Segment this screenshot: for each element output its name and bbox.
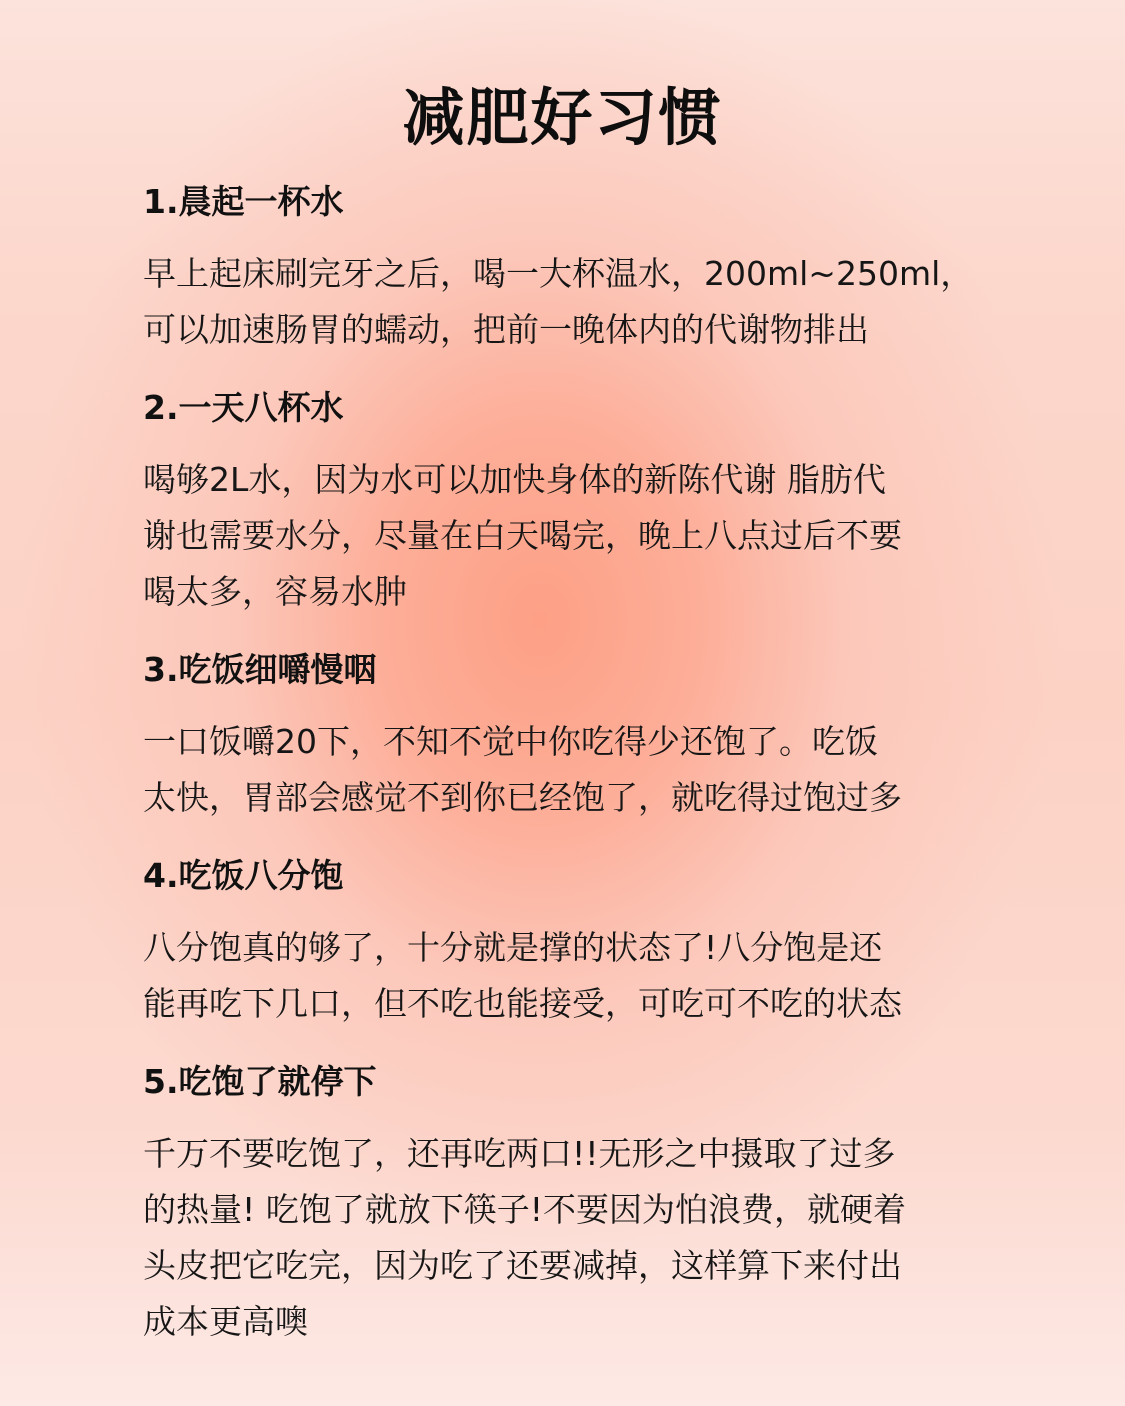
tip-body-line: 成本更高噢: [143, 1294, 1043, 1350]
tip-body-line: 喝太多，容易水肿: [143, 564, 1043, 620]
tip-section-5: 5.吃饱了就停下 千万不要吃饱了，还再吃两口!!无形之中摄取了过多 的热量! 吃…: [143, 1060, 1043, 1350]
tip-section-1: 1.晨起一杯水 早上起床刷完牙之后，喝一大杯温水，200ml~250ml， 可以…: [143, 180, 1043, 358]
tip-body: 早上起床刷完牙之后，喝一大杯温水，200ml~250ml， 可以加速肠胃的蠕动，…: [143, 246, 1043, 358]
tip-body: 八分饱真的够了，十分就是撑的状态了!八分饱是还 能再吃下几口，但不吃也能接受，可…: [143, 920, 1043, 1032]
tip-body: 千万不要吃饱了，还再吃两口!!无形之中摄取了过多 的热量! 吃饱了就放下筷子!不…: [143, 1126, 1043, 1350]
tip-body: 一口饭嚼20下，不知不觉中你吃得少还饱了。吃饭 太快，胃部会感觉不到你已经饱了，…: [143, 714, 1043, 826]
tip-section-4: 4.吃饭八分饱 八分饱真的够了，十分就是撑的状态了!八分饱是还 能再吃下几口，但…: [143, 854, 1043, 1032]
tip-heading: 4.吃饭八分饱: [143, 854, 1043, 898]
tip-heading: 1.晨起一杯水: [143, 180, 1043, 224]
tip-section-2: 2.一天八杯水 喝够2L水，因为水可以加快身体的新陈代谢 脂肪代 谢也需要水分，…: [143, 386, 1043, 620]
tip-body-line: 能再吃下几口，但不吃也能接受，可吃可不吃的状态: [143, 976, 1043, 1032]
infographic-page: 减肥好习惯 1.晨起一杯水 早上起床刷完牙之后，喝一大杯温水，200ml~250…: [0, 0, 1125, 1406]
page-title: 减肥好习惯: [0, 78, 1125, 158]
tip-heading: 5.吃饱了就停下: [143, 1060, 1043, 1104]
tip-body: 喝够2L水，因为水可以加快身体的新陈代谢 脂肪代 谢也需要水分，尽量在白天喝完，…: [143, 452, 1043, 620]
tip-section-3: 3.吃饭细嚼慢咽 一口饭嚼20下，不知不觉中你吃得少还饱了。吃饭 太快，胃部会感…: [143, 648, 1043, 826]
tip-body-line: 早上起床刷完牙之后，喝一大杯温水，200ml~250ml，: [143, 246, 1043, 302]
tip-body-line: 喝够2L水，因为水可以加快身体的新陈代谢 脂肪代: [143, 452, 1043, 508]
tip-body-line: 太快，胃部会感觉不到你已经饱了，就吃得过饱过多: [143, 770, 1043, 826]
tip-body-line: 的热量! 吃饱了就放下筷子!不要因为怕浪费，就硬着: [143, 1182, 1043, 1238]
tip-body-line: 头皮把它吃完，因为吃了还要减掉，这样算下来付出: [143, 1238, 1043, 1294]
tip-heading: 2.一天八杯水: [143, 386, 1043, 430]
tip-body-line: 一口饭嚼20下，不知不觉中你吃得少还饱了。吃饭: [143, 714, 1043, 770]
tip-body-line: 八分饱真的够了，十分就是撑的状态了!八分饱是还: [143, 920, 1043, 976]
tip-body-line: 千万不要吃饱了，还再吃两口!!无形之中摄取了过多: [143, 1126, 1043, 1182]
tip-body-line: 可以加速肠胃的蠕动，把前一晚体内的代谢物排出: [143, 302, 1043, 358]
tip-body-line: 谢也需要水分，尽量在白天喝完，晚上八点过后不要: [143, 508, 1043, 564]
tip-heading: 3.吃饭细嚼慢咽: [143, 648, 1043, 692]
